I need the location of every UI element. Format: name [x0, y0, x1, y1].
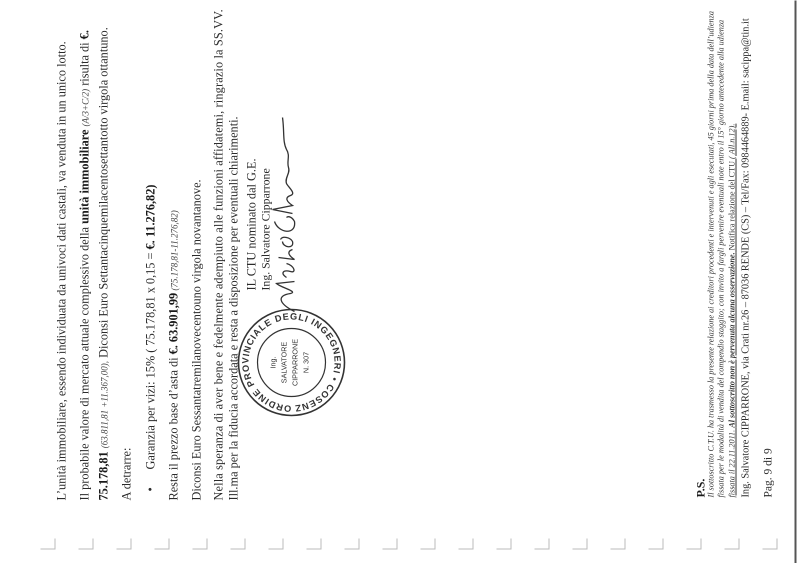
deduct-label: A detrarre:	[119, 447, 133, 500]
value-intro-text: Il probabile valore di mercato attuale c…	[77, 223, 91, 500]
page-bottom-rule	[794, 0, 796, 563]
scan-mark	[382, 538, 397, 549]
ps-notice: Notifica relazione del CTU	[727, 158, 736, 251]
ps-date: fissata il 22.11.2011.	[727, 427, 736, 497]
scan-mark	[230, 538, 245, 549]
bullet-warranty: •Garanzia per vizi: 15% ( 75.178,81 x 0,…	[143, 184, 157, 491]
scan-mark	[572, 538, 587, 549]
total-value: 75.178,81	[96, 451, 110, 500]
scan-mark	[154, 538, 169, 549]
professional-stamp: ORDINE PROVINCIALE DEGLI INGEGNERI • COS…	[235, 306, 347, 418]
scan-mark	[496, 538, 511, 549]
ps-line-1: Il sottoscritto C.T.U. ha trasmesso la p…	[706, 11, 716, 497]
ps-attachment: ( All.n.12).	[727, 123, 736, 158]
stamp-line-3: CIPPARRONE	[290, 338, 299, 385]
value-subject-bold: unità immobiliare	[77, 129, 91, 223]
scan-mark	[192, 538, 207, 549]
ps-line-2: fissata per le modalità di vendita del c…	[716, 19, 726, 497]
base-price-words: Diconsi Euro Sessantatremilanovecentouno…	[189, 179, 203, 500]
scan-mark	[116, 538, 131, 549]
value-formula: (A/3+C/2)	[80, 88, 90, 126]
scan-mark	[610, 538, 625, 549]
warranty-result: €. 11.276,82)	[143, 184, 157, 249]
paragraph-base-price: Resta il prezzo base d’asta di €. 63.901…	[166, 210, 181, 500]
scan-margin-marks	[40, 529, 800, 549]
ps-title: P.S.	[693, 478, 707, 497]
scan-mark	[724, 538, 739, 549]
scan-mark	[458, 538, 473, 549]
euro-symbol: €.	[77, 30, 91, 39]
value-result-text: risulta di	[77, 39, 91, 89]
scan-mark	[306, 538, 321, 549]
base-price-calc: (75.178,81-11.276,82)	[169, 210, 179, 293]
scan-mark	[762, 538, 777, 549]
closing-line-1: Nella speranza di aver bene e fedelmente…	[211, 9, 225, 500]
scan-mark	[78, 538, 93, 549]
total-calc: (63.811,81 +11.367,00),	[99, 361, 109, 448]
warranty-text: Garanzia per vizi: 15% ( 75.178,81 x 0,1…	[143, 249, 157, 469]
scan-mark	[420, 538, 435, 549]
stamp-line-4: N. 307	[301, 351, 310, 372]
scan-mark	[686, 538, 701, 549]
signer-role: IL CTU nominato dal G.E.	[244, 158, 258, 290]
base-price-text: Resta il prezzo base d’asta di	[166, 354, 180, 500]
scan-mark	[534, 538, 549, 549]
footer-contact: Ing. Salvatore CIPPARRONE, via Crati nr.…	[739, 18, 753, 497]
stamp-line-2: SALVATORE	[279, 341, 288, 383]
base-price-value: €. 63.901,99	[166, 292, 180, 353]
scan-mark	[268, 538, 283, 549]
paragraph-lot: L’unità immobiliare, essendo individuata…	[54, 41, 68, 500]
stamp-line-1: Ing.	[268, 356, 277, 368]
scan-mark	[40, 538, 55, 549]
paragraph-lot-text: L’unità immobiliare, essendo individuata…	[54, 41, 68, 500]
ps-line-3: fissata il 22.11.2011. Al sottoscritto n…	[727, 123, 737, 497]
paragraph-value: Il probabile valore di mercato attuale c…	[77, 30, 92, 500]
document-page: L’unità immobiliare, essendo individuata…	[0, 0, 800, 563]
scan-mark	[344, 538, 359, 549]
total-words: Diconsi Euro Settantacinquemilacentosett…	[96, 27, 110, 361]
bullet-icon: •	[143, 469, 157, 491]
scan-mark	[648, 538, 663, 549]
page-number: Pag. 9 di 9	[761, 448, 775, 497]
handwritten-signature	[268, 113, 302, 313]
ps-no-observation: Al sottoscritto non è pervenuta alcuna o…	[727, 252, 736, 427]
paragraph-total: 75.178,81 (63.811,81 +11.367,00), Dicons…	[96, 27, 111, 500]
